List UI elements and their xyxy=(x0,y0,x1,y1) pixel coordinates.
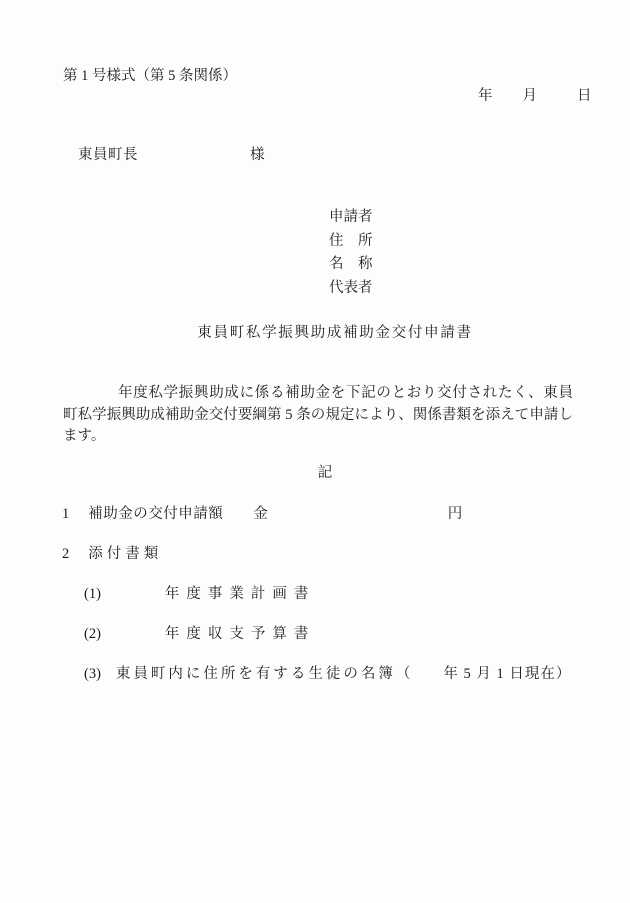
date-line: 年月日 xyxy=(478,84,592,105)
item2-number: 2 xyxy=(62,546,69,562)
form-number: 第 1 号様式（第 5 条関係） xyxy=(63,64,237,85)
item1-label: 補助金の交付申請額 xyxy=(88,506,223,522)
applicant-heading: 申請者 xyxy=(329,206,373,230)
date-month-label: 月 xyxy=(523,88,538,104)
attachment1-number: (1) xyxy=(84,586,101,602)
attachment2-number: (2) xyxy=(84,626,101,642)
addressee-line: 東員町長様 xyxy=(78,143,265,164)
paragraph-line-3: ます。 xyxy=(63,426,573,448)
application-form-page: 第 1 号様式（第 5 条関係） 年月日 東員町長様 申請者 住 所 名 称 代… xyxy=(0,0,630,903)
date-year-label: 年 xyxy=(478,88,493,104)
applicant-address-label: 住 所 xyxy=(329,230,373,254)
applicant-representative-label: 代表者 xyxy=(329,277,373,301)
amount-currency-prefix: 金 xyxy=(253,506,268,522)
attachment-row-1: (1)年度事業計画書 xyxy=(84,582,315,603)
attachment3-number: (3) xyxy=(84,666,101,682)
attachment1-label: 年度事業計画書 xyxy=(165,586,316,602)
date-day-label: 日 xyxy=(577,88,592,104)
item-row-attachments: 2添付書類 xyxy=(62,542,162,563)
item2-label: 添付書類 xyxy=(88,546,162,562)
paragraph-line-2: 町私学振興助成補助金交付要綱第 5 条の規定により、関係書類を添えて申請し xyxy=(63,405,573,427)
amount-currency-suffix: 円 xyxy=(448,506,463,522)
addressee-honorific: 様 xyxy=(250,147,265,163)
item-row-amount: 1補助金の交付申請額金円 xyxy=(62,502,462,523)
paragraph-line-1: 年度私学振興助成に係る補助金を下記のとおり交付されたく、東員 xyxy=(63,383,573,405)
record-marker: 記 xyxy=(0,461,630,482)
attachment-row-3: (3)東員町内に住所を有する生徒の名簿（年 5 月 1 日現在） xyxy=(84,662,571,683)
attachment-row-2: (2)年度収支予算書 xyxy=(84,622,315,643)
attachment3-label: 東員町内に住所を有する生徒の名簿（ xyxy=(116,666,414,682)
attachment2-label: 年度収支予算書 xyxy=(165,626,316,642)
body-paragraph: 年度私学振興助成に係る補助金を下記のとおり交付されたく、東員 町私学振興助成補助… xyxy=(63,383,573,448)
applicant-block: 申請者 住 所 名 称 代表者 xyxy=(329,206,373,300)
addressee-title: 東員町長 xyxy=(78,147,138,163)
attachment3-date-suffix: 年 5 月 1 日現在） xyxy=(443,666,571,682)
item1-number: 1 xyxy=(62,506,69,522)
document-title: 東員町私学振興助成補助金交付申請書 xyxy=(0,321,630,342)
applicant-name-label: 名 称 xyxy=(329,253,373,277)
